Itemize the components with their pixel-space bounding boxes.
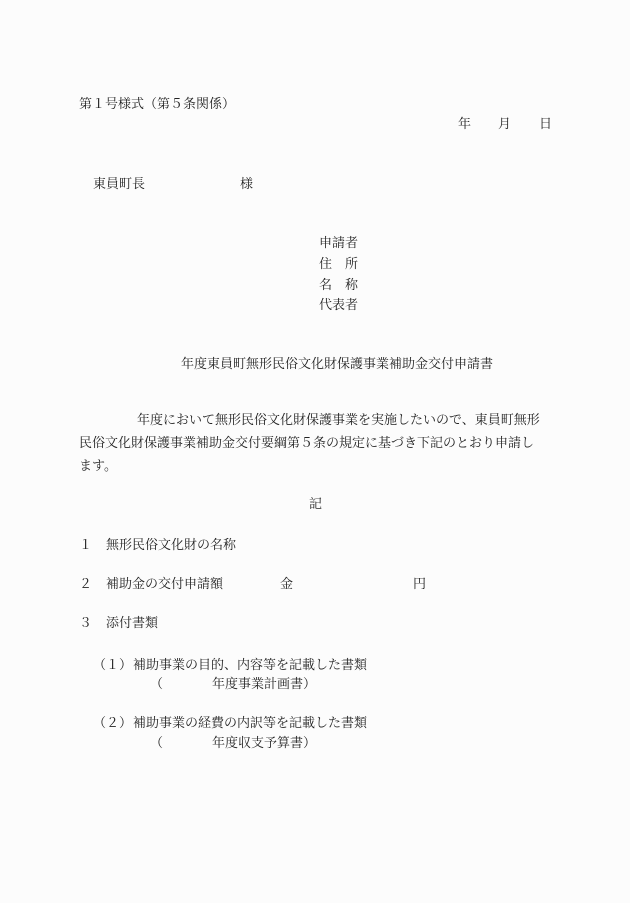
item-3-number: ３ [79,617,92,630]
item-3-label: 添付書類 [106,617,158,630]
body-line-2: 民俗文化財保護事業補助金交付要綱第５条の規定に基づき下記のとおり申請し [79,437,534,450]
amount-prefix: 金 [280,578,293,591]
item-1-number: １ [79,539,92,552]
document-title: 年度東員町無形民俗文化財保護事業補助金交付申請書 [181,358,493,371]
ki-heading: 記 [309,498,322,511]
applicant-representative-label: 代表者 [319,299,358,312]
amount-suffix: 円 [413,578,426,591]
body-line-3: ます。 [79,460,117,473]
item-2-number: ２ [79,578,92,591]
attachment-1-number: （１） [93,659,132,672]
item-2-label: 補助金の交付申請額 [106,578,223,591]
body-line-1: 年度において無形民俗文化財保護事業を実施したいので、東員町無形 [137,414,540,427]
date-year: 年 [458,118,471,131]
date-month: 月 [498,118,511,131]
form-number: 第１号様式（第５条関係） [79,98,235,111]
attachment-2-sub-open: （ [150,737,163,750]
attachment-1-sub-label: 年度事業計画書） [212,678,316,691]
applicant-address-label: 住 所 [319,258,358,271]
attachment-1-sub-open: （ [150,678,163,691]
attachment-2-number: （２） [93,717,132,730]
addressee-name: 東員町長 [93,178,145,191]
applicant-label: 申請者 [319,237,358,250]
addressee-honorific: 様 [240,178,253,191]
applicant-name-label: 名 称 [319,279,358,292]
item-1-label: 無形民俗文化財の名称 [106,539,236,552]
attachment-2-sub-label: 年度収支予算書） [212,737,316,750]
attachment-2-label: 補助事業の経費の内訳等を記載した書類 [133,717,367,730]
attachment-1-label: 補助事業の目的、内容等を記載した書類 [133,659,367,672]
date-day: 日 [539,118,552,131]
